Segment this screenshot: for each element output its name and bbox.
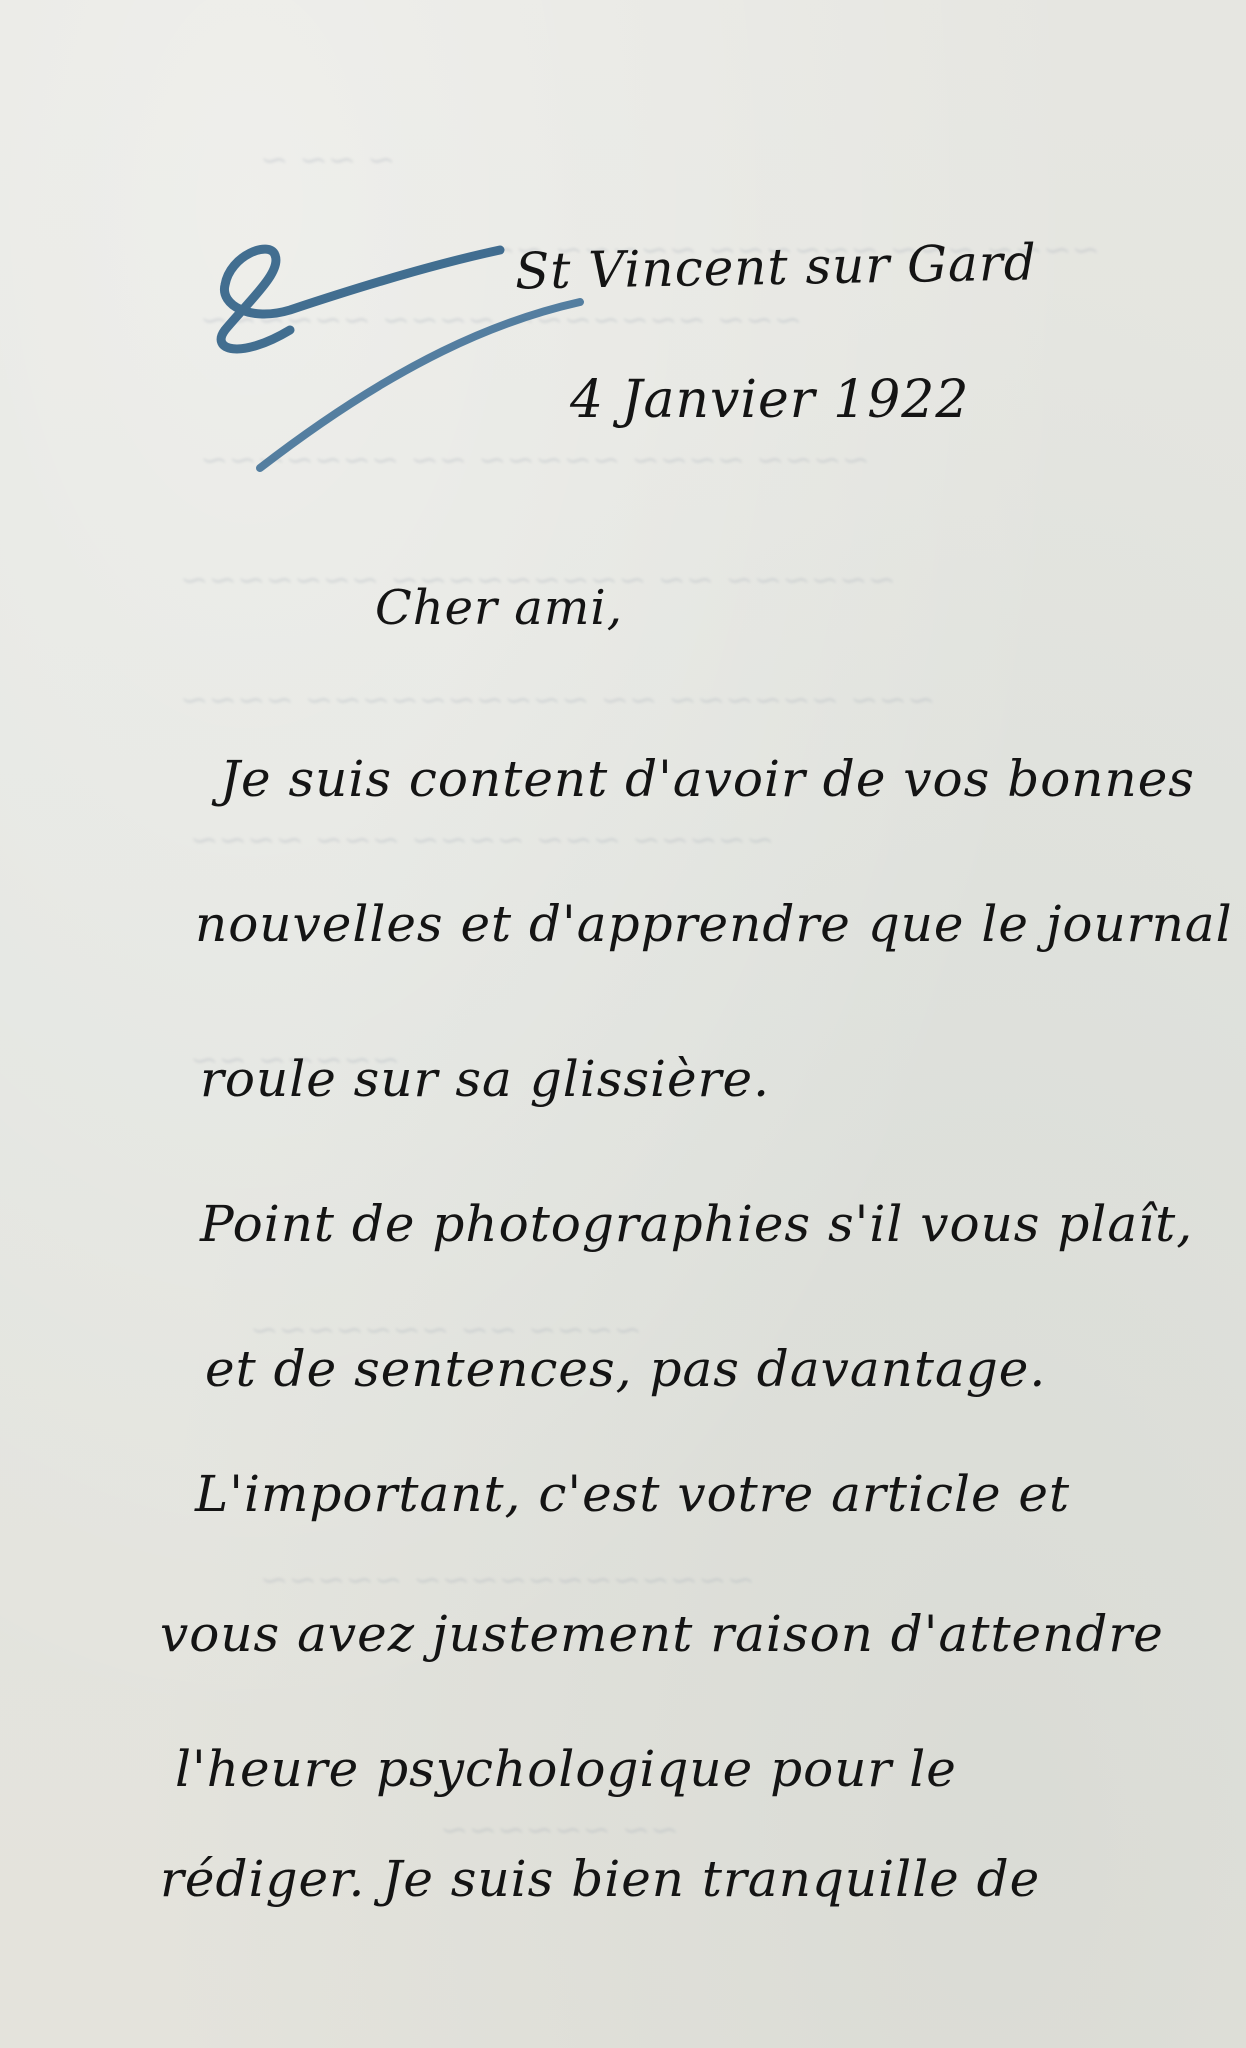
show-through-text: ~~~~~ ~~~ ~~~~ ~~~ ~~~~ xyxy=(190,820,775,860)
body-line: Je suis content d'avoir de vos bonnes xyxy=(220,750,1195,808)
body-line: l'heure psychologique pour le xyxy=(175,1740,957,1798)
body-line: nouvelles et d'apprendre que le journal xyxy=(195,895,1233,953)
body-line: et de sentences, pas davantage. xyxy=(205,1340,1046,1398)
letter-date: 4 Janvier 1922 xyxy=(570,370,969,430)
show-through-text: ~~ ~~~~~~ xyxy=(440,1810,679,1850)
letter-place: St Vincent sur Gard xyxy=(515,233,1038,300)
body-line: L'important, c'est votre article et xyxy=(195,1465,1070,1523)
show-through-text: ~~~ ~~~~~~ ~~ ~~~~~~~~~~ ~~~~ xyxy=(180,680,935,720)
body-line: vous avez justement raison d'attendre xyxy=(160,1605,1164,1663)
body-line: Point de photographies s'il vous plaît, xyxy=(200,1195,1193,1253)
show-through-text: ~ ~~ ~ xyxy=(260,140,396,180)
body-line: rédiger. Je suis bien tranquille de xyxy=(160,1850,1040,1908)
letter-salutation: Cher ami, xyxy=(375,580,623,636)
body-line: roule sur sa glissière. xyxy=(200,1050,770,1108)
show-through-text: ~~~~~~~~~~~~ ~~~~~ xyxy=(260,1560,755,1600)
